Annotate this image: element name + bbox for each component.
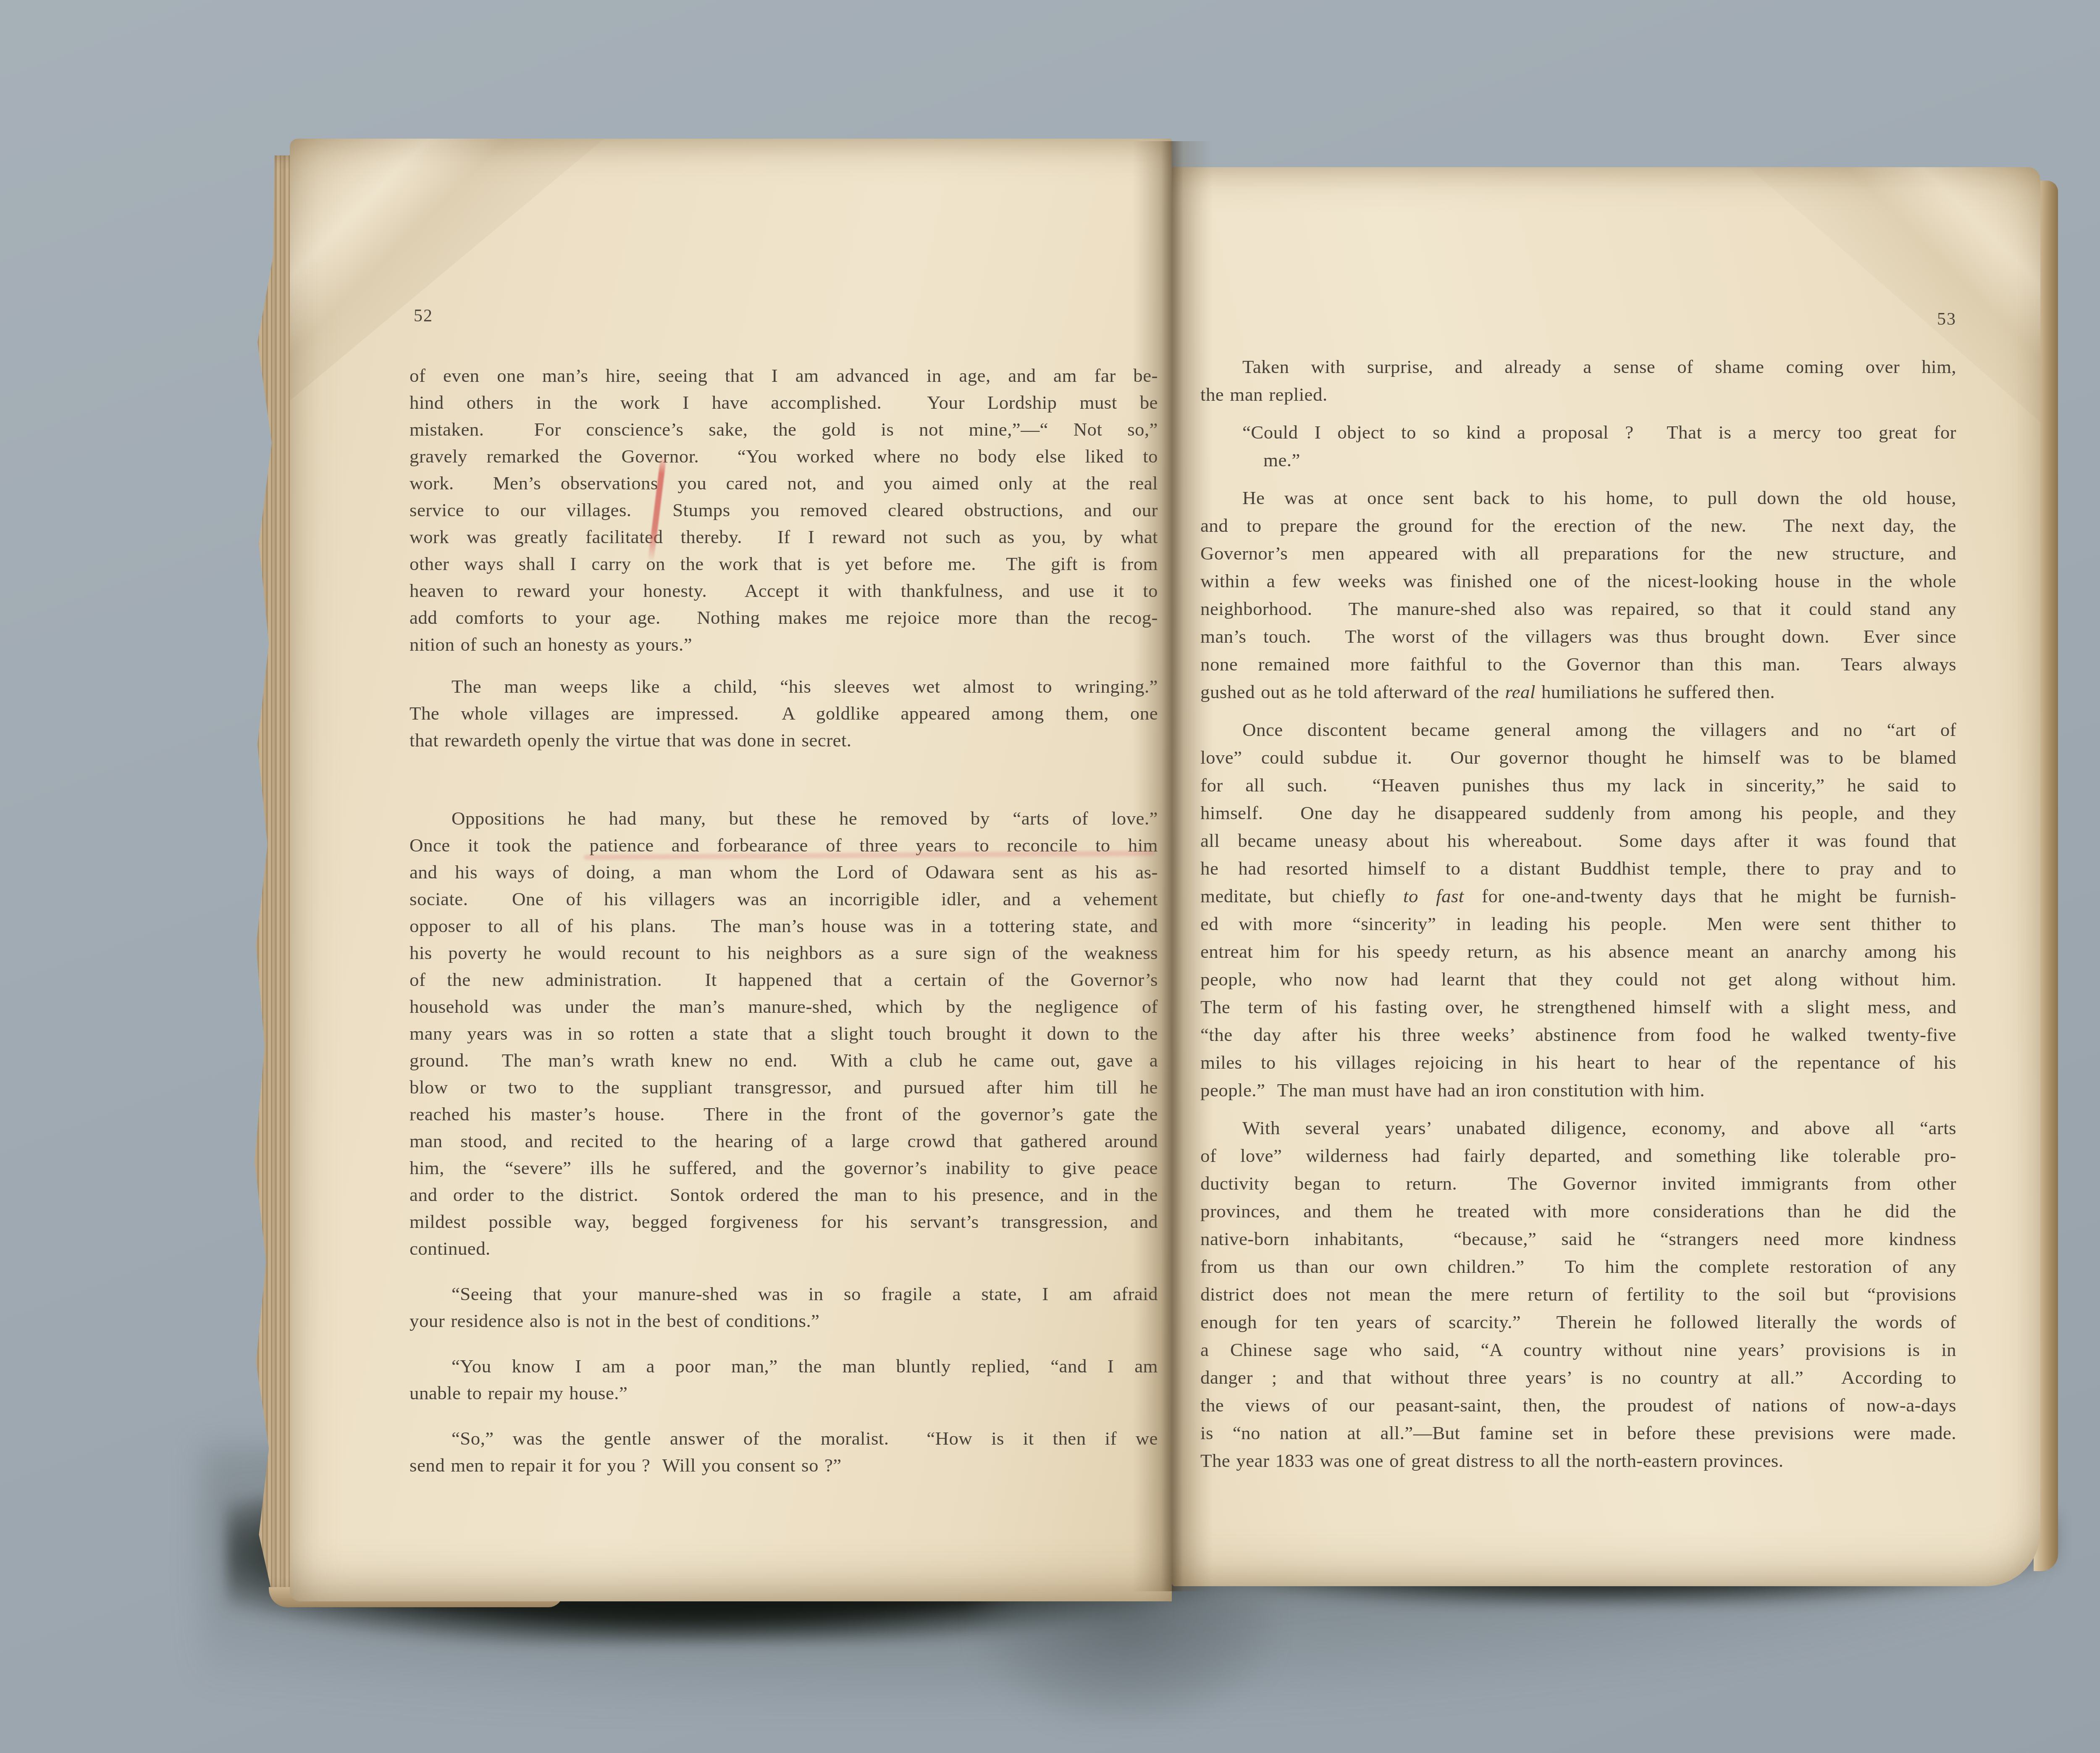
text-line: your residence also is not in the best o… <box>409 1307 1158 1334</box>
text-line: gravely remarked the Governor. “You work… <box>409 443 1158 470</box>
text-line: gushed out as he told afterward of the r… <box>1200 678 1956 706</box>
text-line: all became uneasy about his whereabout. … <box>1200 827 1956 854</box>
text-line: and his ways of doing, a man whom the Lo… <box>409 859 1158 886</box>
text-line: work was greatly facilitated thereby. If… <box>409 523 1158 550</box>
paragraph: Once discontent became general among the… <box>1200 716 1956 1104</box>
text-line: “Seeing that your manure-shed was in so … <box>409 1280 1158 1307</box>
text-line: continued. <box>409 1235 1158 1262</box>
text-line: man’s touch. The worst of the villagers … <box>1200 623 1956 650</box>
text-line: of love” wilderness had fairly departed,… <box>1200 1142 1956 1170</box>
text-line: and to prepare the ground for the erecti… <box>1200 512 1956 539</box>
text-line: from us than our own children.” To him t… <box>1200 1253 1956 1280</box>
text-line: ed with more “sincerity” in leading his … <box>1200 910 1956 938</box>
text-line: The year 1833 was one of great distress … <box>1200 1447 1956 1474</box>
text-line: enough for ten years of scarcity.” There… <box>1200 1308 1956 1336</box>
text-line: opposer to all of his plans. The man’s h… <box>409 912 1158 939</box>
text-line: his poverty he would recount to his neig… <box>409 939 1158 966</box>
text-line: Once discontent became general among the… <box>1200 716 1956 744</box>
paragraph: of even one man’s hire, seeing that I am… <box>409 362 1158 658</box>
text-line: household was under the man’s manure-she… <box>409 993 1158 1020</box>
text-line: a Chinese sage who said, “A country with… <box>1200 1336 1956 1364</box>
text-line: sociate. One of his villagers was an inc… <box>409 886 1158 912</box>
paragraph: “Seeing that your manure-shed was in so … <box>409 1280 1158 1334</box>
text-line: people, who now had learnt that they cou… <box>1200 965 1956 993</box>
book-photo: 52 of even one man’s hire, seeing that I… <box>0 0 2100 1753</box>
paragraph: Taken with surprise, and already a sense… <box>1200 353 1956 408</box>
text-line: is “no nation at all.”—But famine set in… <box>1200 1419 1956 1447</box>
text-line: Governor’s men appeared with all prepara… <box>1200 539 1956 567</box>
text-line: mildest possible way, begged forgiveness… <box>409 1208 1158 1235</box>
left-page-text: of even one man’s hire, seeing that I am… <box>409 362 1158 1479</box>
text-line: blow or two to the suppliant transgresso… <box>409 1074 1158 1101</box>
text-line: provinces, and them he treated with more… <box>1200 1197 1956 1225</box>
text-line: man stood, and recited to the hearing of… <box>409 1127 1158 1154</box>
text-line: native-born inhabitants, “because,” said… <box>1200 1225 1956 1253</box>
text-line: danger ; and that without three years’ i… <box>1200 1364 1956 1391</box>
text-line: The man weeps like a child, “his sleeves… <box>409 673 1158 700</box>
paragraph: With several years’ unabated diligence, … <box>1200 1114 1956 1474</box>
text-line: neighborhood. The manure-shed also was r… <box>1200 595 1956 623</box>
text-line: of the new administration. It happened t… <box>409 966 1158 993</box>
text-line: other ways shall I carry on the work tha… <box>409 550 1158 577</box>
text-line: “So,” was the gentle answer of the moral… <box>409 1425 1158 1452</box>
text-line: “You know I am a poor man,” the man blun… <box>409 1353 1158 1380</box>
text-line: of even one man’s hire, seeing that I am… <box>409 362 1158 389</box>
text-line: none remained more faithful to the Gover… <box>1200 650 1956 678</box>
left-page: 52 of even one man’s hire, seeing that I… <box>290 139 1172 1601</box>
text-line: nition of such an honesty as yours.” <box>409 631 1158 658</box>
text-line: ground. The man’s wrath knew no end. Wit… <box>409 1047 1158 1074</box>
paragraph: “So,” was the gentle answer of the moral… <box>409 1425 1158 1479</box>
text-line: send men to repair it for you ? Will you… <box>409 1452 1158 1479</box>
right-page-text: Taken with surprise, and already a sense… <box>1200 353 1956 1474</box>
text-line: The term of his fasting over, he strengt… <box>1200 993 1956 1021</box>
text-line: “the day after his three weeks’ abstinen… <box>1200 1021 1956 1049</box>
text-line: He was at once sent back to his home, to… <box>1200 484 1956 512</box>
text-line: reached his master’s house. There in the… <box>409 1101 1158 1127</box>
text-line: many years was in so rotten a state that… <box>409 1020 1158 1047</box>
text-line: within a few weeks was finished one of t… <box>1200 567 1956 595</box>
text-line: that rewardeth openly the virtue that wa… <box>409 727 1158 754</box>
paragraph: The man weeps like a child, “his sleeves… <box>409 673 1158 754</box>
text-line: meditate, but chiefly to fast for one-an… <box>1200 882 1956 910</box>
text-line: add comforts to your age. Nothing makes … <box>409 604 1158 631</box>
right-page: 53 Taken with surprise, and already a se… <box>1172 167 2040 1586</box>
text-line: hind others in the work I have accomplis… <box>409 389 1158 416</box>
text-line: mistaken. For conscience’s sake, the gol… <box>409 416 1158 443</box>
text-line: the man replied. <box>1200 381 1956 408</box>
text-line: people.” The man must have had an iron c… <box>1200 1076 1956 1104</box>
text-line: him, the “severe” ills he suffered, and … <box>409 1154 1158 1181</box>
text-line: the views of our peasant-saint, then, th… <box>1200 1391 1956 1419</box>
right-page-number: 53 <box>1200 309 1956 329</box>
text-line: With several years’ unabated diligence, … <box>1200 1114 1956 1142</box>
text-line: for all such. “Heaven punishes thus my l… <box>1200 771 1956 799</box>
text-line: service to our villages. Stumps you remo… <box>409 497 1158 523</box>
text-line: work. Men’s observations you cared not, … <box>409 470 1158 497</box>
text-line: himself. One day he disappeared suddenly… <box>1200 799 1956 827</box>
text-line: heaven to reward your honesty. Accept it… <box>409 577 1158 604</box>
text-line: “Could I object to so kind a proposal ? … <box>1200 418 1956 446</box>
paragraph: Oppositions he had many, but these he re… <box>409 805 1158 1262</box>
text-line: he had resorted himself to a distant Bud… <box>1200 854 1956 882</box>
text-line: entreat him for his speedy return, as hi… <box>1200 938 1956 965</box>
left-page-number: 52 <box>414 306 433 326</box>
text-line: district does not mean the mere return o… <box>1200 1280 1956 1308</box>
text-line: ductivity began to return. The Governor … <box>1200 1170 1956 1197</box>
paragraph: “You know I am a poor man,” the man blun… <box>409 1353 1158 1406</box>
text-line: me.” <box>1200 446 1956 474</box>
text-line: unable to repair my house.” <box>409 1380 1158 1406</box>
paragraph: “Could I object to so kind a proposal ? … <box>1200 418 1956 474</box>
text-line: Taken with surprise, and already a sense… <box>1200 353 1956 381</box>
text-line: The whole villages are impressed. A gold… <box>409 700 1158 727</box>
text-line: Oppositions he had many, but these he re… <box>409 805 1158 832</box>
text-line: love” could subdue it. Our governor thou… <box>1200 744 1956 771</box>
paragraph: He was at once sent back to his home, to… <box>1200 484 1956 706</box>
text-line: miles to his villages rejoicing in his h… <box>1200 1049 1956 1076</box>
text-line: and order to the district. Sontok ordere… <box>409 1181 1158 1208</box>
